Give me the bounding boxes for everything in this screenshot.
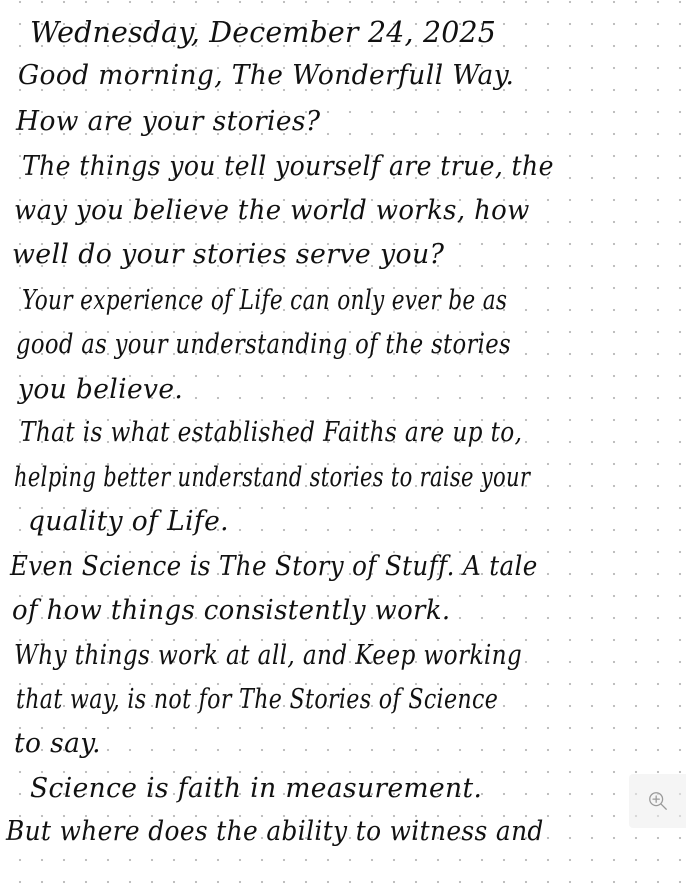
note-line: Science is faith in measurement. (30, 775, 482, 802)
note-line: How are your stories? (16, 108, 320, 135)
note-line: But where does the ability to witness an… (6, 818, 544, 845)
note-line: That is what established Faiths are up t… (20, 419, 522, 446)
note-line: The things you tell yourself are true, t… (22, 153, 554, 180)
note-line: Good morning, The Wonderfull Way. (18, 62, 514, 89)
dot-grid-page: Wednesday, December 24, 2025 Good mornin… (0, 0, 686, 886)
note-line: of how things consistently work. (12, 597, 451, 624)
zoom-in-icon (647, 790, 669, 812)
note-line: quality of Life. (28, 508, 229, 535)
note-line: that way, is not for The Stories of Scie… (16, 686, 498, 713)
note-date-heading: Wednesday, December 24, 2025 (30, 18, 496, 47)
note-line: Even Science is The Story of Stuff. A ta… (10, 553, 538, 580)
note-line: well do your stories serve you? (12, 241, 444, 268)
note-line: Why things work at all, and Keep working (14, 642, 522, 669)
note-line: to say. (14, 730, 101, 757)
note-line: you believe. (18, 376, 183, 403)
note-line: good as your understanding of the storie… (16, 331, 511, 358)
zoom-in-button[interactable] (629, 774, 686, 828)
note-line: Your experience of Life can only ever be… (22, 287, 507, 314)
note-line: way you believe the world works, how (14, 197, 530, 224)
note-line: helping better understand stories to rai… (14, 464, 530, 491)
